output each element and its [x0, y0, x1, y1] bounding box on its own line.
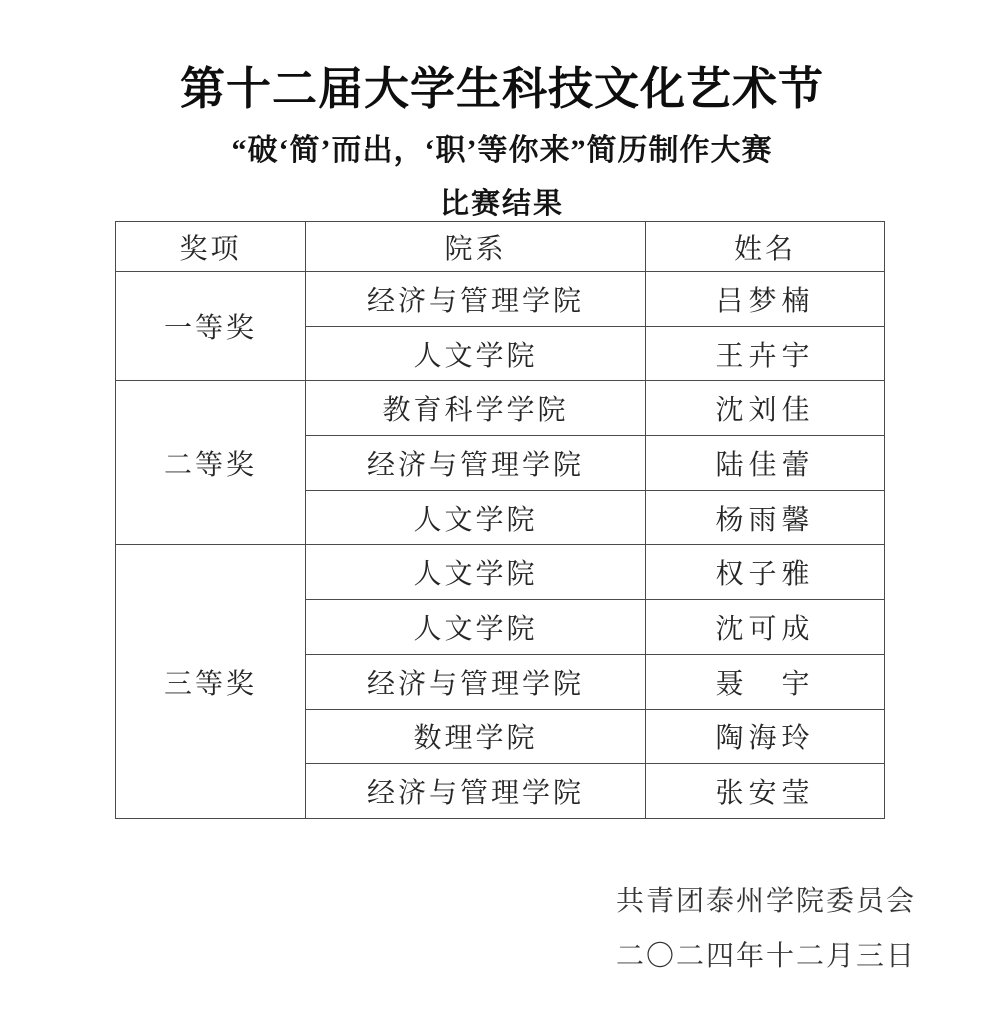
name-cell: 吕梦楠: [646, 272, 885, 327]
name-cell: 陶海玲: [646, 709, 885, 764]
document-page: 第十二届大学生科技文化艺术节 “破‘简’而出，‘职’等你来”简历制作大赛 比赛结…: [0, 0, 1004, 1014]
document-subtitle: “破‘简’而出，‘职’等你来”简历制作大赛: [0, 125, 1004, 169]
table-row: 三等奖 人文学院 权子雅: [116, 545, 885, 600]
table-row: 一等奖 经济与管理学院 吕梦楠: [116, 272, 885, 327]
award-cell-first-prize: 一等奖: [116, 272, 306, 381]
table-header-row: 奖项 院系 姓名: [116, 222, 885, 272]
table-row: 二等奖 教育科学学院 沈刘佳: [116, 381, 885, 436]
name-cell: 陆佳蕾: [646, 436, 885, 491]
document-title: 第十二届大学生科技文化艺术节: [0, 52, 1004, 117]
column-header-department: 院系: [306, 222, 646, 272]
signature-block: 共青团泰州学院委员会 二〇二四年十二月三日: [616, 874, 916, 984]
column-header-name: 姓名: [646, 222, 885, 272]
dept-cell: 经济与管理学院: [306, 436, 646, 491]
dept-cell: 人文学院: [306, 545, 646, 600]
dept-cell: 人文学院: [306, 326, 646, 381]
dept-cell: 人文学院: [306, 600, 646, 655]
name-cell: 聂 宇: [646, 654, 885, 709]
dept-cell: 经济与管理学院: [306, 272, 646, 327]
column-header-award: 奖项: [116, 222, 306, 272]
signature-date: 二〇二四年十二月三日: [616, 929, 916, 984]
dept-cell: 教育科学学院: [306, 381, 646, 436]
award-cell-second-prize: 二等奖: [116, 381, 306, 545]
results-heading: 比赛结果: [0, 181, 1004, 222]
dept-cell: 人文学院: [306, 490, 646, 545]
results-table: 奖项 院系 姓名 一等奖 经济与管理学院 吕梦楠 人文学院 王卉宇 二等奖 教育…: [115, 221, 885, 819]
award-cell-third-prize: 三等奖: [116, 545, 306, 818]
name-cell: 王卉宇: [646, 326, 885, 381]
dept-cell: 经济与管理学院: [306, 764, 646, 819]
dept-cell: 经济与管理学院: [306, 654, 646, 709]
name-cell: 权子雅: [646, 545, 885, 600]
name-cell: 沈可成: [646, 600, 885, 655]
dept-cell: 数理学院: [306, 709, 646, 764]
name-cell: 张安莹: [646, 764, 885, 819]
name-cell: 杨雨馨: [646, 490, 885, 545]
name-cell: 沈刘佳: [646, 381, 885, 436]
signature-organization: 共青团泰州学院委员会: [616, 874, 916, 929]
